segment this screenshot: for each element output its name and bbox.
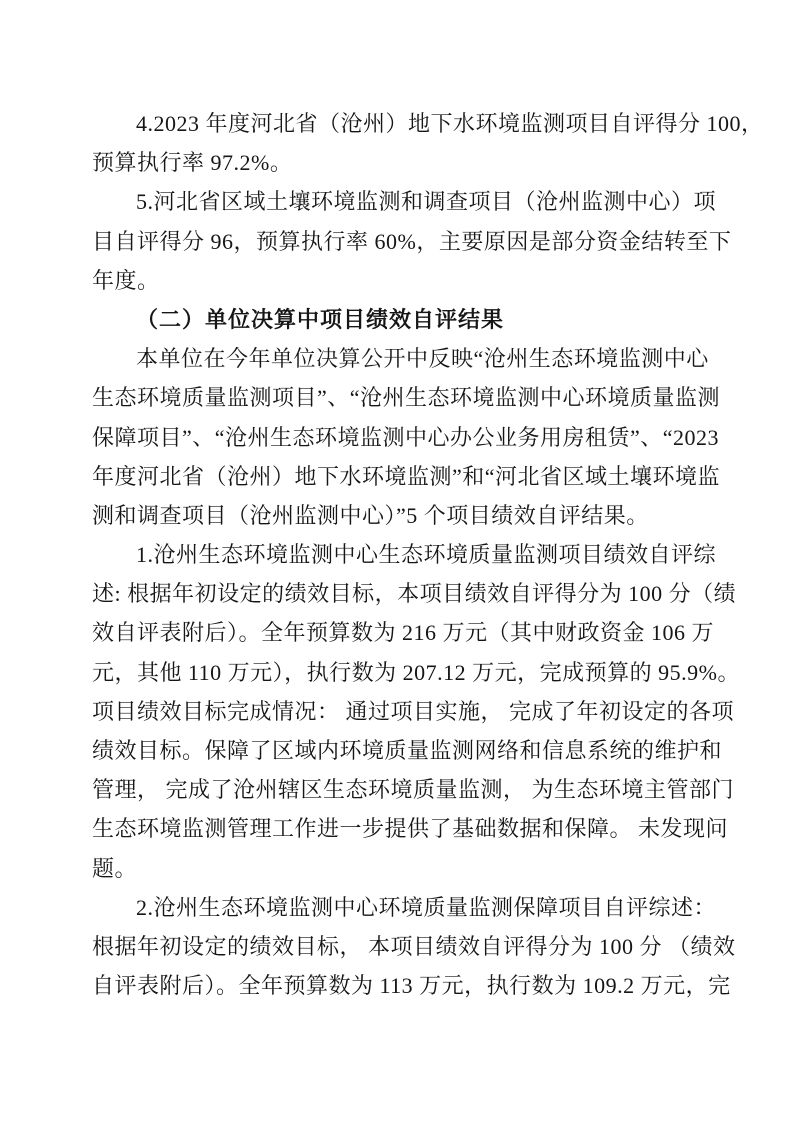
text-line: 自评表附后）。全年预算数为 113 万元，执行数为 109.2 万元，完: [92, 966, 703, 1005]
text-line: 生态环境质量监测项目”、“沧州生态环境监测中心环境质量监测: [92, 378, 703, 417]
text-line: 述: 根据年初设定的绩效目标，本项目绩效自评得分为 100 分（绩: [92, 574, 703, 613]
text-line: 题。: [92, 849, 703, 888]
text-line: 1.沧州生态环境监测中心生态环境质量监测项目绩效自评综: [92, 535, 703, 574]
document-body: 4.2023 年度河北省（沧州）地下水环境监测项目自评得分 100，预算执行率 …: [92, 104, 703, 1005]
text-line: 根据年初设定的绩效目标， 本项目绩效自评得分为 100 分 （绩效: [92, 927, 703, 966]
paragraph: 1.沧州生态环境监测中心生态环境质量监测项目绩效自评综述: 根据年初设定的绩效目…: [92, 535, 703, 888]
text-line: 绩效目标。保障了区域内环境质量监测网络和信息系统的维护和: [92, 731, 703, 770]
text-line: 项目绩效目标完成情况： 通过项目实施， 完成了年初设定的各项: [92, 692, 703, 731]
section-heading-text: （二）单位决算中项目绩效自评结果: [92, 300, 703, 339]
paragraph: 2.沧州生态环境监测中心环境质量监测保障项目自评综述：根据年初设定的绩效目标， …: [92, 888, 703, 1006]
section-heading: （二）单位决算中项目绩效自评结果: [92, 300, 703, 339]
text-line: 年度河北省（沧州）地下水环境监测”和“河北省区域土壤环境监: [92, 457, 703, 496]
text-line: 2.沧州生态环境监测中心环境质量监测保障项目自评综述：: [92, 888, 703, 927]
text-line: 测和调查项目（沧州监测中心）”5 个项目绩效自评结果。: [92, 496, 703, 535]
paragraph: 4.2023 年度河北省（沧州）地下水环境监测项目自评得分 100，预算执行率 …: [92, 104, 703, 182]
document-page: 4.2023 年度河北省（沧州）地下水环境监测项目自评得分 100，预算执行率 …: [0, 0, 793, 1122]
text-line: 生态环境监测管理工作进一步提供了基础数据和保障。 未发现问: [92, 809, 703, 848]
text-line: 预算执行率 97.2%。: [92, 143, 703, 182]
text-line: 本单位在今年单位决算公开中反映“沧州生态环境监测中心: [92, 339, 703, 378]
text-line: 保障项目”、“沧州生态环境监测中心办公业务用房租赁”、“2023: [92, 418, 703, 457]
text-line: 年度。: [92, 261, 703, 300]
paragraph: 本单位在今年单位决算公开中反映“沧州生态环境监测中心生态环境质量监测项目”、“沧…: [92, 339, 703, 535]
text-line: 元，其他 110 万元），执行数为 207.12 万元，完成预算的 95.9%。: [92, 653, 703, 692]
text-line: 5.河北省区域土壤环境监测和调查项目（沧州监测中心）项: [92, 182, 703, 221]
text-line: 效自评表附后）。全年预算数为 216 万元（其中财政资金 106 万: [92, 613, 703, 652]
text-line: 管理， 完成了沧州辖区生态环境质量监测， 为生态环境主管部门: [92, 770, 703, 809]
text-line: 4.2023 年度河北省（沧州）地下水环境监测项目自评得分 100，: [92, 104, 703, 143]
paragraph: 5.河北省区域土壤环境监测和调查项目（沧州监测中心）项目自评得分 96，预算执行…: [92, 182, 703, 300]
text-line: 目自评得分 96，预算执行率 60%，主要原因是部分资金结转至下: [92, 222, 703, 261]
